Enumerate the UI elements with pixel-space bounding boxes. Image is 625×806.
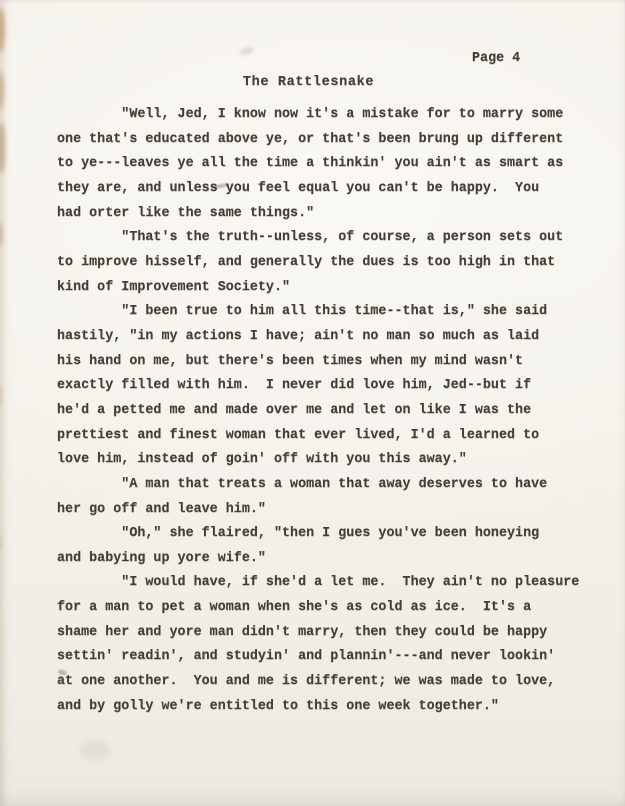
manuscript-page: Page 4 The Rattlesnake "Well, Jed, I kno…	[0, 0, 625, 806]
paragraph: "I been true to him all this time--that …	[57, 300, 597, 473]
edge-stain	[0, 385, 2, 407]
edge-stain	[0, 222, 3, 246]
paragraph: "That's the truth--unless, of course, a …	[57, 226, 597, 300]
smudge-mark	[80, 740, 110, 760]
manuscript-body: "Well, Jed, I know now it's a mistake fo…	[57, 103, 597, 719]
paragraph: "A man that treats a woman that away des…	[57, 473, 597, 522]
edge-stain	[0, 122, 5, 174]
paragraph: "Well, Jed, I know now it's a mistake fo…	[57, 103, 597, 226]
edge-stain	[0, 535, 2, 551]
page-title: The Rattlesnake	[0, 74, 617, 91]
smudge-mark	[239, 46, 254, 56]
edge-stain	[0, 8, 5, 52]
page-number: Page 4	[472, 51, 520, 67]
paragraph: "Oh," she flaired, "then I gues you've b…	[57, 522, 597, 571]
paragraph: "I would have, if she'd a let me. They a…	[57, 571, 597, 719]
